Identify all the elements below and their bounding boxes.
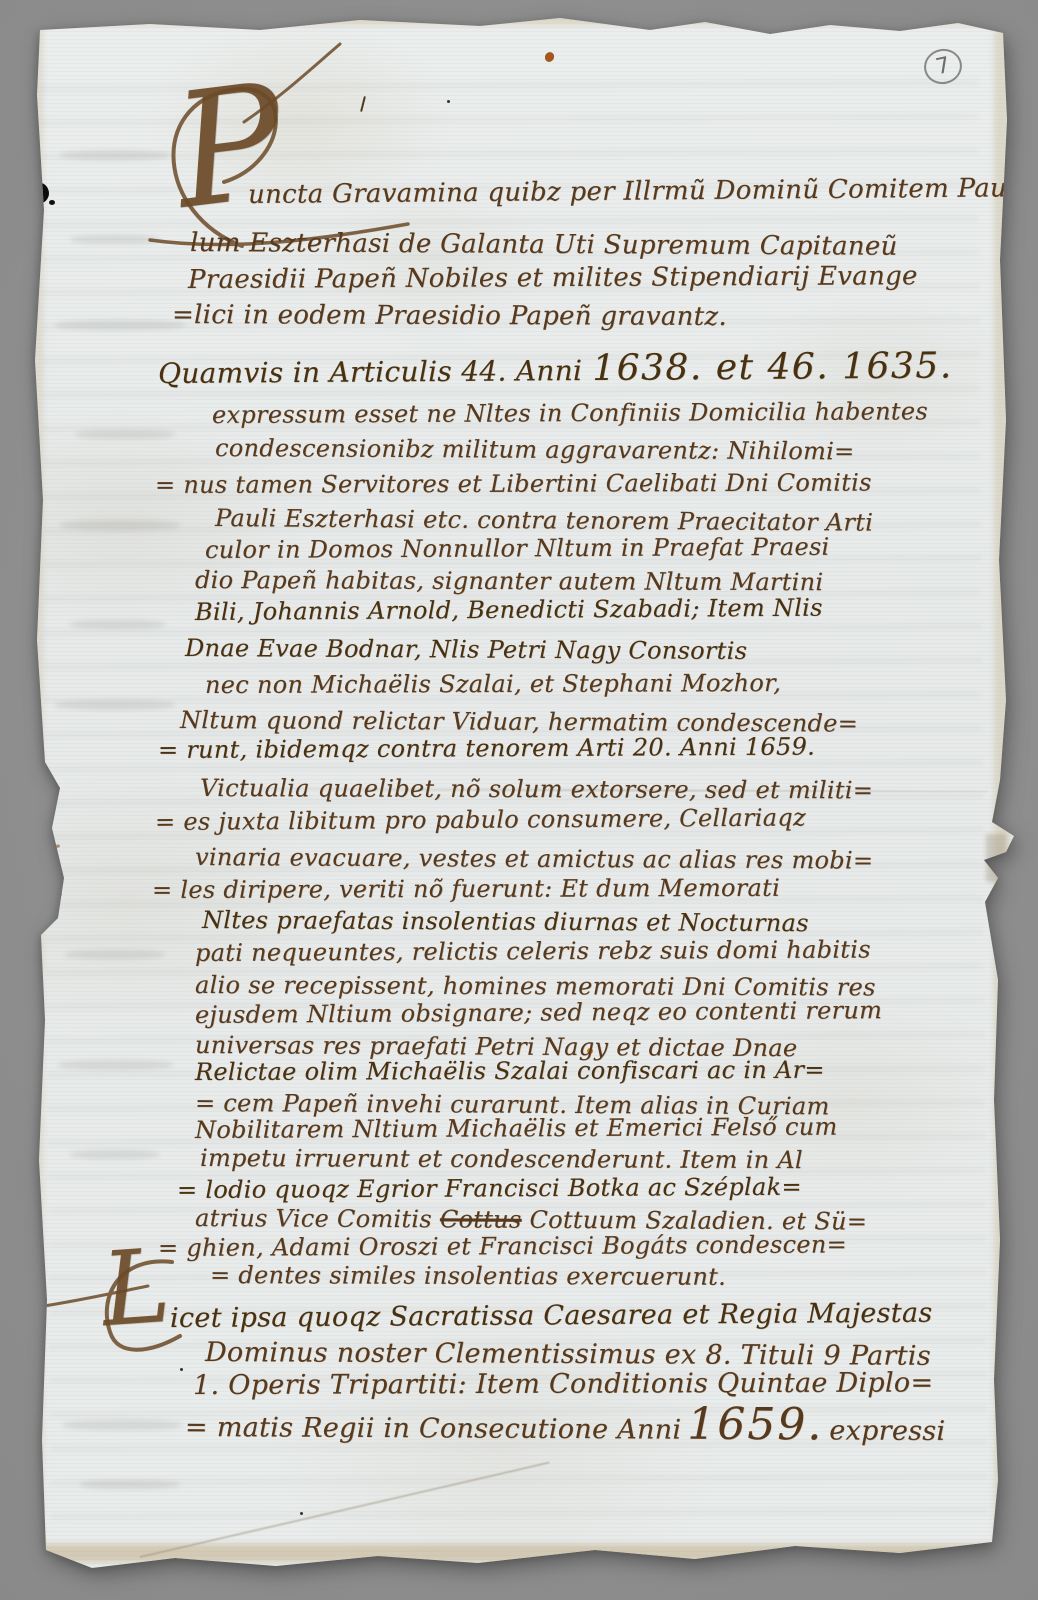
verso-bleedthrough bbox=[70, 1150, 160, 1159]
verso-bleedthrough bbox=[65, 950, 165, 959]
manuscript-line: Praesidii Papeñ Nobiles et milites Stipe… bbox=[188, 262, 918, 294]
manuscript-line: = ghien, Adami Oroszi et Francisci Bogát… bbox=[158, 1231, 847, 1261]
tear-stain bbox=[53, 893, 62, 897]
deckle-edge bbox=[994, 30, 1010, 1550]
verso-bleedthrough bbox=[80, 1480, 180, 1489]
ink-hole bbox=[49, 200, 55, 205]
strike-line-pre: atrius Vice Comitis bbox=[195, 1204, 440, 1233]
manuscript-line: Bili, Johannis Arnold, Benedicti Szabadi… bbox=[195, 595, 823, 626]
manuscript-line: icet ipsa quoqz Sacratissa Caesarea et R… bbox=[170, 1299, 933, 1334]
manuscript-line: Dnae Evae Bodnar, Nlis Petri Nagy Consor… bbox=[185, 635, 747, 664]
photo-backdrop: 7 P L uncta Gravamina quibz per Illrmũ D… bbox=[0, 0, 1038, 1600]
verso-bleedthrough bbox=[58, 1060, 173, 1070]
manuscript-line: = dentes similes insolentias exercuerunt… bbox=[210, 1262, 726, 1290]
manuscript-line: culor in Domos Nonnullor Nltum in Praefa… bbox=[205, 534, 830, 564]
ink-hole bbox=[26, 182, 49, 204]
manuscript-line: Quamvis in Articulis 44. Anni1638. et 46… bbox=[158, 346, 953, 391]
manuscript-line: = matis Regii in Consecutione Anni1659.e… bbox=[185, 1398, 946, 1450]
verso-bleedthrough bbox=[70, 235, 160, 244]
tear-stain bbox=[46, 870, 55, 875]
manuscript-line: Nltes praefatas insolentias diurnas et N… bbox=[202, 907, 809, 937]
verso-bleedthrough bbox=[70, 620, 165, 629]
lead-years: 1638. et 46. 1635. bbox=[592, 345, 953, 389]
fly-speck bbox=[300, 1512, 303, 1515]
verso-bleedthrough bbox=[55, 700, 175, 710]
verso-bleedthrough bbox=[75, 430, 175, 439]
manuscript-line: =lici in eodem Praesidio Papeñ gravantz. bbox=[172, 301, 727, 332]
manuscript-line: ejusdem Nltium obsignare; sed neqz eo co… bbox=[195, 997, 882, 1028]
manuscript-line: = les diripere, veriti nõ fuerunt: Et du… bbox=[152, 875, 780, 904]
manuscript-page: 7 P L uncta Gravamina quibz per Illrmũ D… bbox=[0, 0, 1038, 1600]
final-year: 1659. bbox=[687, 1399, 823, 1451]
manuscript-line: = lodio quoqz Egrior Francisci Botka ac … bbox=[177, 1174, 802, 1204]
deckle-edge bbox=[35, 1544, 1000, 1562]
fly-speck bbox=[180, 1368, 183, 1371]
verso-bleedthrough bbox=[62, 1420, 182, 1430]
final-line-text: = matis Regii in Consecutione Anni bbox=[185, 1412, 681, 1446]
final-tail: expressi bbox=[829, 1415, 945, 1447]
verso-bleedthrough bbox=[55, 320, 185, 330]
manuscript-line: = es juxta libitum pro pabulo consumere,… bbox=[155, 804, 806, 835]
manuscript-line: vinaria evacuare, vestes et amictus ac a… bbox=[195, 844, 873, 874]
fly-speck bbox=[447, 100, 450, 103]
manuscript-line: Relictae olim Michaëlis Szalai confiscar… bbox=[195, 1057, 825, 1086]
torn-flap-shadow bbox=[986, 834, 1006, 882]
manuscript-line: expressum esset ne Nltes in Confiniis Do… bbox=[212, 398, 928, 428]
lead-text: Quamvis in Articulis 44. Anni bbox=[158, 354, 582, 390]
manuscript-line: dio Papeñ habitas, signanter autem Nltum… bbox=[195, 567, 823, 596]
manuscript-line: = nus tamen Servitores et Libertini Cael… bbox=[155, 469, 872, 498]
manuscript-line: nec non Michaëlis Szalai, et Stephani Mo… bbox=[205, 670, 781, 698]
manuscript-line: Pauli Eszterhasi etc. contra tenorem Pra… bbox=[215, 505, 873, 536]
manuscript-line: impetu irruerunt et condescenderunt. Ite… bbox=[200, 1145, 803, 1173]
manuscript-line: Dominus noster Clementissimus ex 8. Titu… bbox=[205, 1338, 931, 1371]
deckle-edge bbox=[30, 25, 43, 1555]
manuscript-line: condescensionibz militum aggravarentz: N… bbox=[215, 435, 855, 465]
deckle-edge bbox=[30, 15, 1010, 25]
manuscript-line: 1. Operis Tripartiti: Item Conditionis Q… bbox=[193, 1368, 933, 1400]
manuscript-line: Victualia quaelibet, nõ solum extorsere,… bbox=[200, 775, 873, 804]
manuscript-line: pati nequeuntes, relictis celeris rebz s… bbox=[195, 936, 871, 966]
page-number: 7 bbox=[934, 53, 953, 80]
manuscript-line: Nobilitarem Nltium Michaëlis et Emerici … bbox=[195, 1114, 838, 1144]
manuscript-line: = runt, ibidemqz contra tenorem Arti 20.… bbox=[158, 734, 815, 764]
manuscript-line: lum Eszterhasi de Galanta Uti Supremum C… bbox=[190, 229, 898, 261]
paper-sheet: 7 P L uncta Gravamina quibz per Illrmũ D… bbox=[0, 0, 1038, 1600]
struck-word: Cottus bbox=[440, 1205, 522, 1233]
verso-bleedthrough bbox=[60, 150, 170, 160]
verso-bleedthrough bbox=[60, 520, 180, 530]
